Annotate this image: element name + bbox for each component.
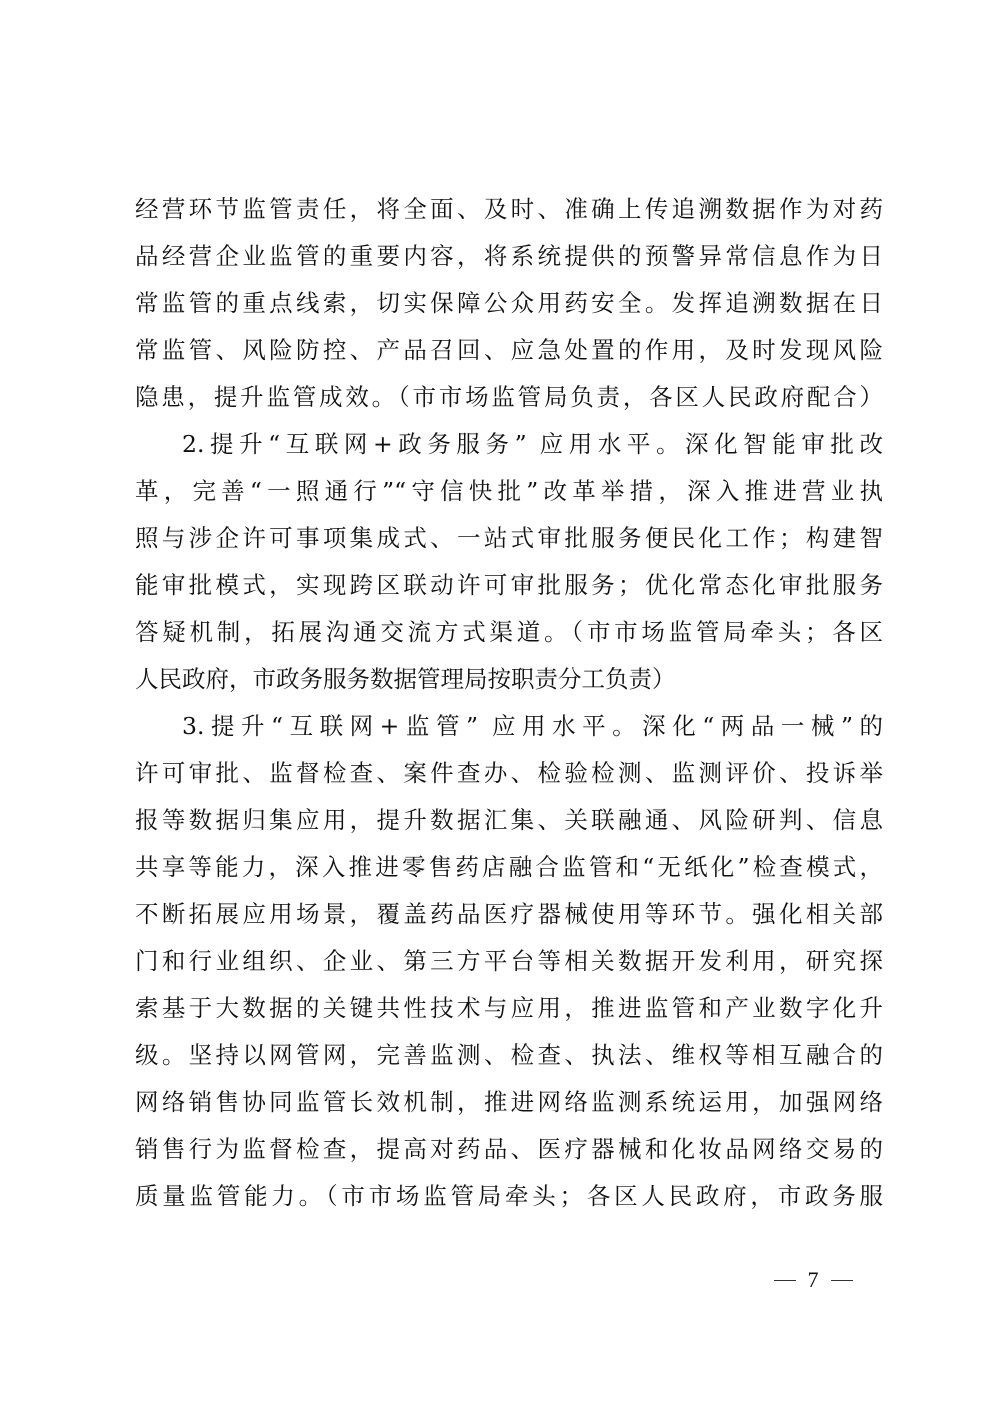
text-line: 照与涉企许可事项集成式、一站式审批服务便民化工作；构建智 [135,515,883,562]
text-line: 答疑机制，拓展沟通交流方式渠道。（市市场监管局牵头；各区 [135,609,883,656]
dash-right [831,1280,853,1281]
body-text: 经营环节监管责任，将全面、及时、准确上传追溯数据作为对药 品经营企业监管的重要内… [135,186,883,1220]
text-line: 常监管、风险防控、产品召回、应急处置的作用，及时发现风险 [135,327,883,374]
text-line: 共享等能力，深入推进零售药店融合监管和“无纸化”检查模式， [135,844,883,891]
page-number-value: 7 [808,1262,819,1298]
text-line: 人民政府，市政务服务数据管理局按职责分工负责） [135,656,883,703]
text-line: 品经营企业监管的重要内容，将系统提供的预警异常信息作为日 [135,233,883,280]
text-line: 经营环节监管责任，将全面、及时、准确上传追溯数据作为对药 [135,186,883,233]
text-line: 常监管的重点线索，切实保障公众用药安全。发挥追溯数据在日 [135,280,883,327]
text-line: 能审批模式，实现跨区联动许可审批服务；优化常态化审批服务 [135,562,883,609]
text-line: 索基于大数据的关键共性技术与应用，推进监管和产业数字化升 [135,985,883,1032]
dash-left [774,1280,796,1281]
text-line: 许可审批、监督检查、案件查办、检验检测、监测评价、投诉举 [135,750,883,797]
text-line: 门和行业组织、企业、第三方平台等相关数据开发利用，研究探 [135,938,883,985]
page-number: 7 [768,1262,858,1298]
text-line: 销售行为监督检查，提高对药品、医疗器械和化妆品网络交易的 [135,1126,883,1173]
document-page: 经营环节监管责任，将全面、及时、准确上传追溯数据作为对药 品经营企业监管的重要内… [0,0,1000,1414]
item-2-heading-line: 2.提升“互联网+政务服务” 应用水平。深化智能审批改 [135,421,883,468]
text-line: 隐患，提升监管成效。（市市场监管局负责，各区人民政府配合） [135,374,883,421]
text-line: 不断拓展应用场景，覆盖药品医疗器械使用等环节。强化相关部 [135,891,883,938]
item-3-heading-line: 3.提升“互联网+监管” 应用水平。深化“两品一械”的 [135,703,883,750]
text-line: 质量监管能力。（市市场监管局牵头；各区人民政府，市政务服 [135,1173,883,1220]
text-line: 级。坚持以网管网，完善监测、检查、执法、维权等相互融合的 [135,1032,883,1079]
text-line: 网络销售协同监管长效机制，推进网络监测系统运用，加强网络 [135,1079,883,1126]
text-line: 报等数据归集应用，提升数据汇集、关联融通、风险研判、信息 [135,797,883,844]
text-line: 革，完善“一照通行”“守信快批”改革举措，深入推进营业执 [135,468,883,515]
